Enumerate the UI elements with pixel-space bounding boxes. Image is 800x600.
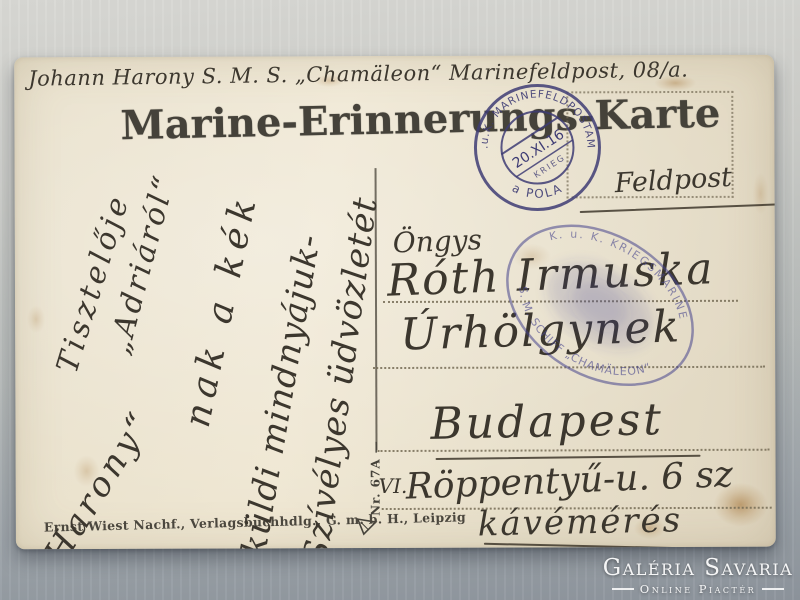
- pen-underline: [484, 543, 709, 550]
- address-street: Röppentyű-u. 6 sz: [405, 457, 734, 506]
- message-line-3: nak a kék: [180, 189, 264, 430]
- stain: [753, 173, 769, 215]
- stain: [27, 305, 45, 333]
- galeria-savaria-watermark: Galéria Savaria Online Piactér: [600, 555, 796, 596]
- address-occupation-note: kávémérés: [477, 503, 682, 541]
- address-district: VI.: [379, 476, 408, 496]
- watermark-subtitle: Online Piactér: [600, 582, 796, 596]
- oval-postmark-chamaeleon: K. u. K. KRIEGSMARINE S. M. SCHIFF „CHAM…: [470, 190, 731, 421]
- watermark-subtitle-text: Online Piactér: [640, 582, 756, 596]
- watermark-title: Galéria Savaria: [600, 555, 796, 581]
- watermark-dash: [762, 588, 784, 590]
- watermark-dash: [612, 588, 634, 590]
- photo-background: Johann Harony S. M. S. „Chamäleon“ Marin…: [0, 0, 800, 600]
- postcard: Johann Harony S. M. S. „Chamäleon“ Marin…: [14, 55, 776, 550]
- address-dotted-line: [378, 449, 770, 452]
